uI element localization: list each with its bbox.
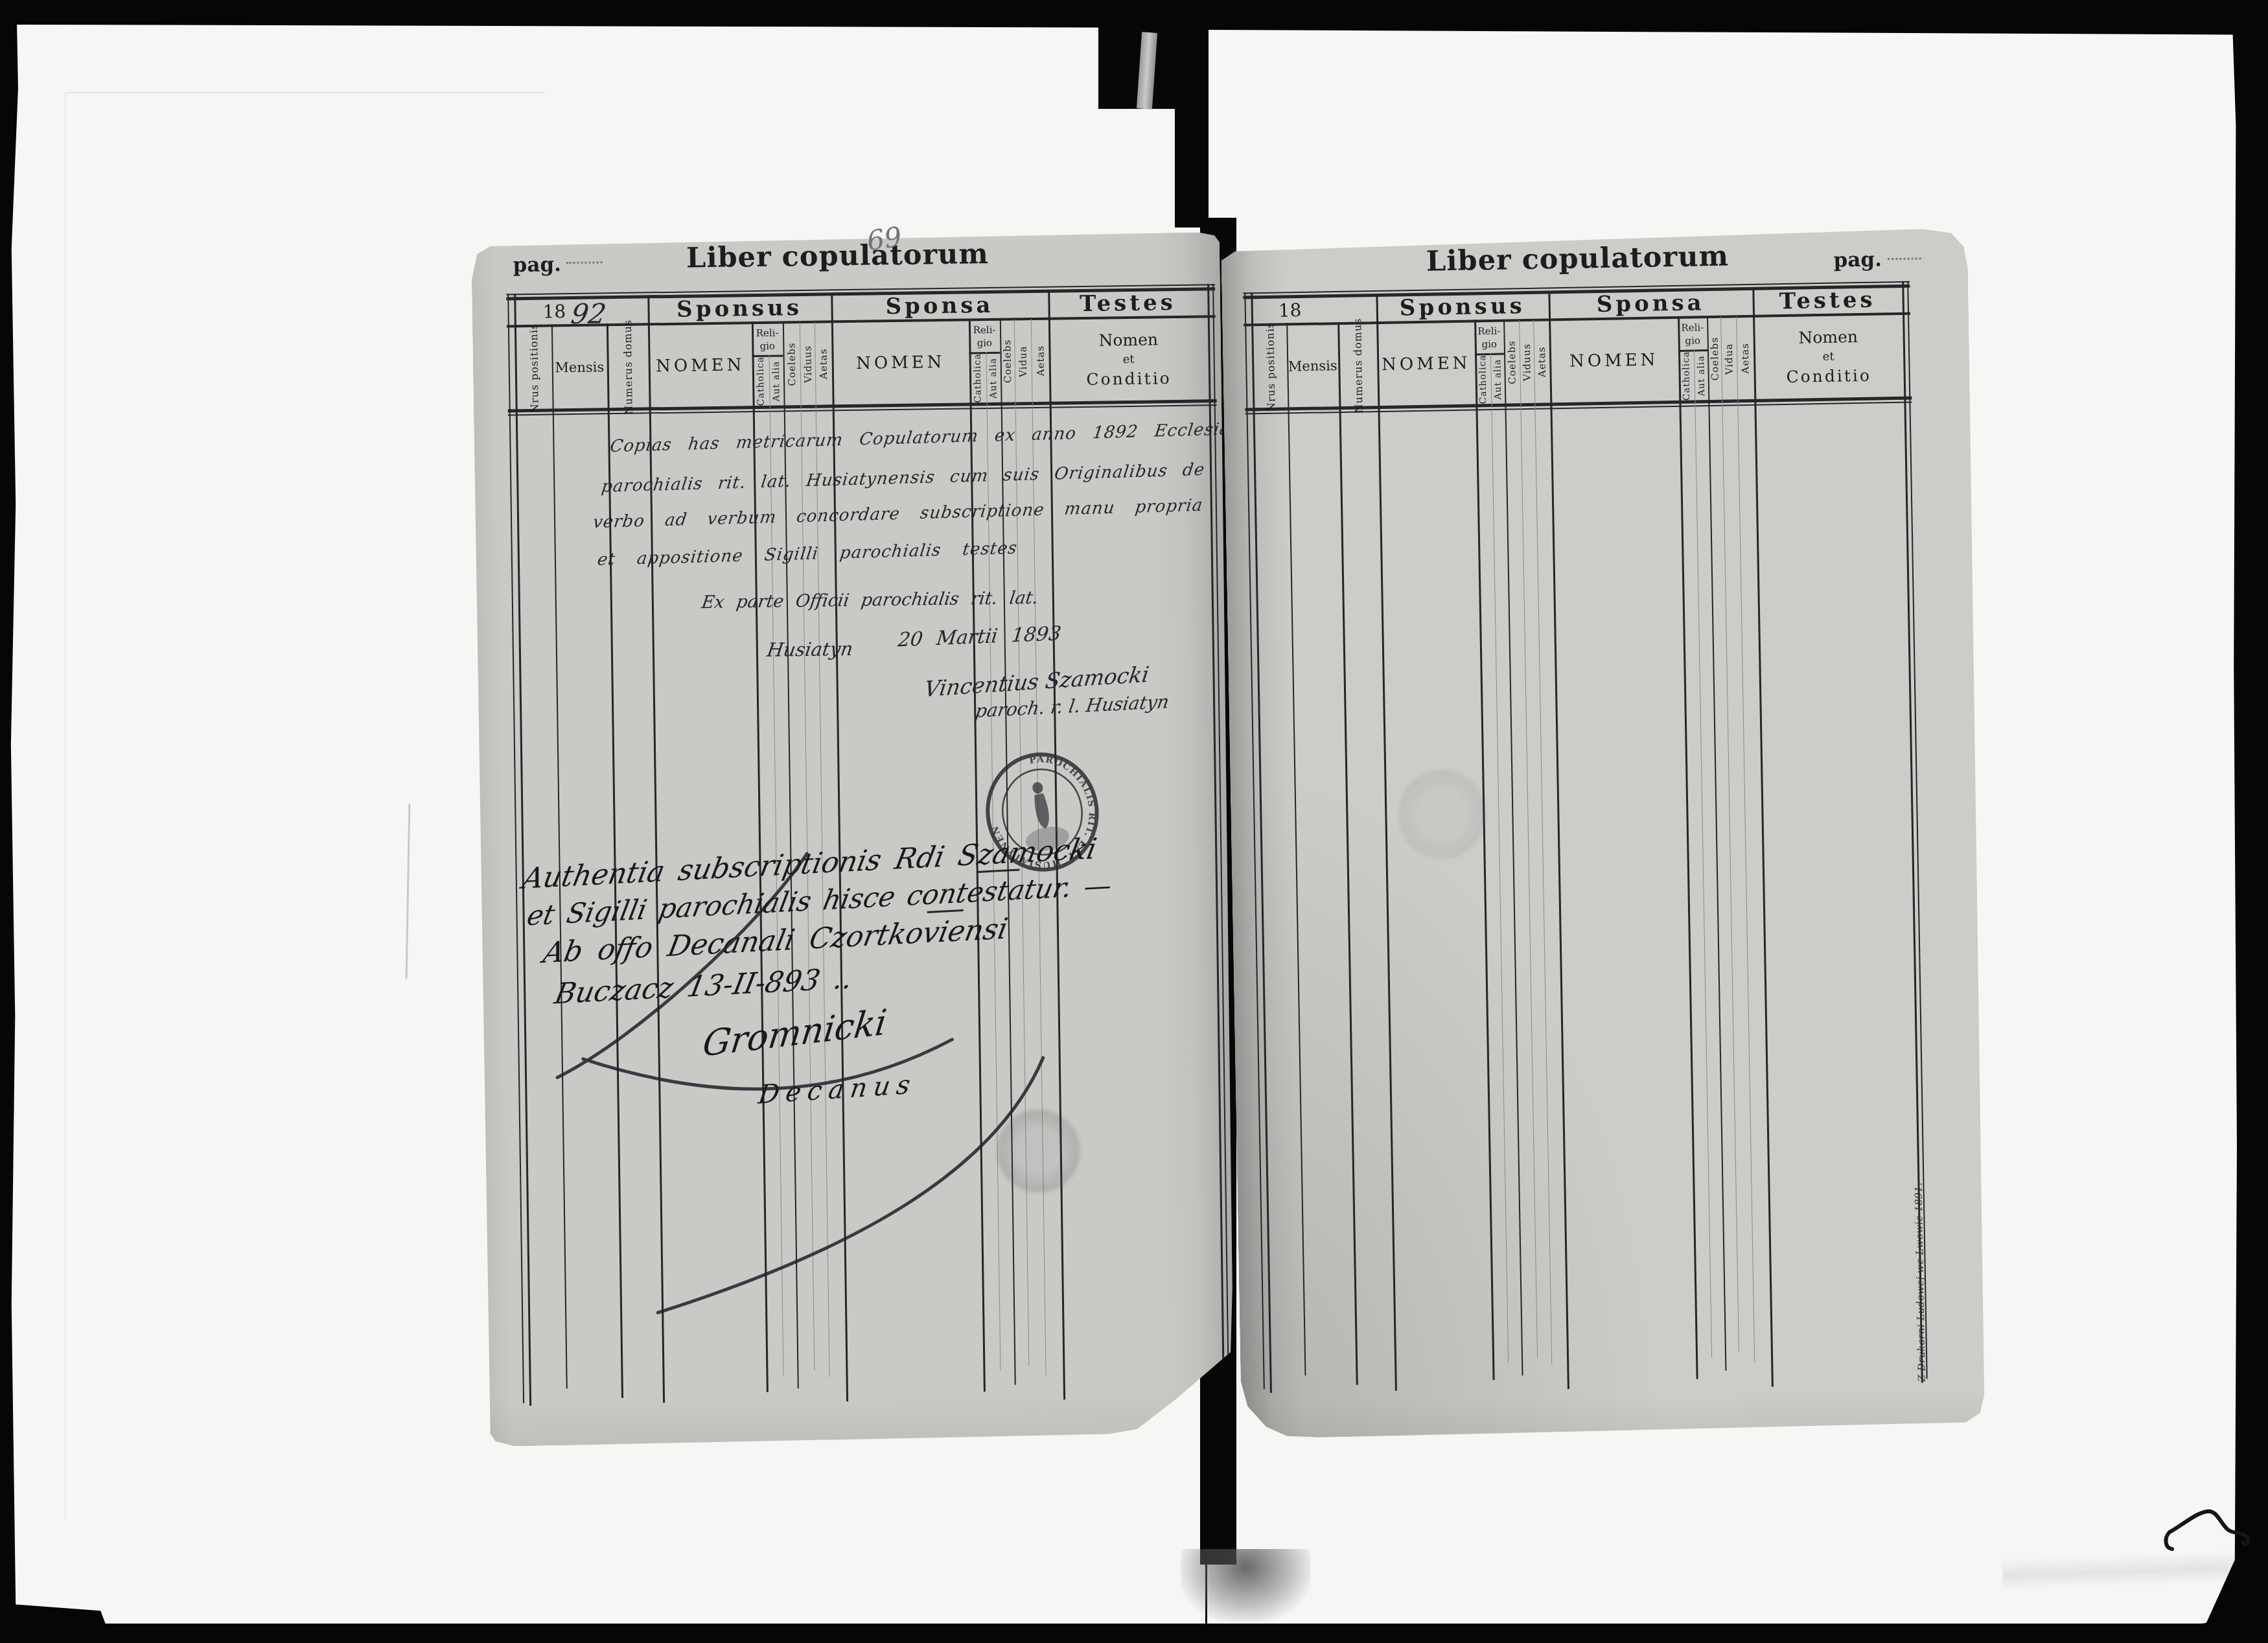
col-aut-alia-sponsa: Aut alia xyxy=(986,353,1001,402)
col-label: Coelebs xyxy=(1001,340,1013,384)
header-testes: Testes xyxy=(1048,289,1208,317)
signature-flourish xyxy=(544,843,1083,1369)
column-line xyxy=(1519,320,1538,1357)
col-coelebs-sponsus: Coelebs xyxy=(783,323,801,405)
col-label: Nrus positionis xyxy=(1264,322,1277,412)
col-religio-sponsa: Reli- gio xyxy=(969,322,1001,351)
col-religio-sponsa: Reli- gio xyxy=(1678,320,1707,349)
col-catholica-sponsa: Catholica xyxy=(969,353,987,402)
col-nrus-positionis: Nrus positionis xyxy=(1253,325,1288,408)
col-label: Coelebs xyxy=(1506,341,1518,385)
register-table: 18 Sponsus Sponsa Testes Nrus positionis… xyxy=(1251,281,1921,1402)
col-label: Coelebs xyxy=(1708,337,1720,381)
col-label: Aut alia xyxy=(988,357,999,398)
col-label: Nrus positionis xyxy=(527,323,541,414)
col-testes-nomen-conditio: Nomen et Conditio xyxy=(1048,318,1209,401)
scanned-register-spread: pag. Liber copulatorum xyxy=(0,0,2268,1643)
column-line xyxy=(1548,292,1569,1389)
year-handwritten: 92 xyxy=(569,297,608,330)
col-religio-sponsus: Reli- gio xyxy=(1474,323,1504,353)
col-label: Reli- xyxy=(1477,325,1500,338)
col-label: Reli- xyxy=(973,323,995,336)
col-label: Aetas xyxy=(817,349,829,380)
col-label: Catholica xyxy=(973,353,984,402)
header-sponsus: Sponsus xyxy=(647,294,831,323)
header-testes: Testes xyxy=(1752,286,1903,315)
col-label: Nomen xyxy=(1798,327,1858,348)
header-sponsus: Sponsus xyxy=(1376,292,1549,321)
col-viduus-sponsus: Viduus xyxy=(800,323,816,405)
col-label: Nomen xyxy=(1098,330,1158,350)
col-label: Catholica xyxy=(1477,355,1488,404)
col-label: gio xyxy=(1685,334,1700,347)
col-label: Catholica xyxy=(1681,351,1692,401)
col-label: Coelebs xyxy=(785,342,798,386)
col-nomen-sponsa: NOMEN xyxy=(1549,319,1679,402)
col-catholica-sponsus: Catholica xyxy=(752,356,770,406)
col-aetas-sponsa: Aetas xyxy=(1031,320,1050,402)
col-religio-sponsus: Reli- gio xyxy=(752,325,783,354)
column-line xyxy=(1286,323,1306,1375)
col-label: gio xyxy=(977,336,992,349)
col-numerus-domus: Numerus domus xyxy=(1337,324,1378,406)
col-numerus-domus: Numerus domus xyxy=(607,325,649,408)
column-line xyxy=(1337,322,1358,1385)
col-label: Aetas xyxy=(1536,347,1548,378)
col-label: Aetas xyxy=(1739,343,1752,374)
col-catholica-sponsus: Catholica xyxy=(1475,355,1491,404)
col-label: Aetas xyxy=(1034,345,1047,377)
place-word: Husiatyn xyxy=(765,638,854,661)
pencil-page-number: 69 xyxy=(865,221,904,257)
column-line xyxy=(1503,321,1523,1376)
col-catholica-sponsa: Catholica xyxy=(1678,351,1695,400)
col-viduus-sponsus: Viduus xyxy=(1519,321,1534,403)
col-vidua-sponsa: Vidua xyxy=(1720,318,1737,399)
col-label: Conditio xyxy=(1786,366,1871,387)
year-printed: 18 xyxy=(542,301,566,322)
column-line xyxy=(1490,353,1509,1363)
column-line xyxy=(1736,316,1755,1362)
col-label: Aut alia xyxy=(771,360,782,401)
register-page-left: pag. Liber copulatorum xyxy=(471,232,1236,1447)
col-nomen-sponsus: NOMEN xyxy=(1376,322,1475,406)
col-coelebs-sponsa: Coelebs xyxy=(1707,318,1722,400)
col-label: gio xyxy=(760,340,776,353)
binding-notch-column xyxy=(1175,23,1209,227)
col-mensis: Mensis xyxy=(551,326,608,408)
col-label: et xyxy=(1822,347,1834,367)
column-line xyxy=(514,294,531,1406)
col-label: Aut alia xyxy=(1696,355,1707,396)
col-aut-alia-sponsus: Aut alia xyxy=(769,356,784,405)
col-mensis: Mensis xyxy=(1286,325,1339,407)
col-label: Vidua xyxy=(1723,343,1735,375)
col-nrus-positionis: Nrus positionis xyxy=(516,327,553,409)
pag-label: pag. xyxy=(1833,248,1882,272)
column-line xyxy=(1752,289,1774,1387)
col-nomen-sponsus: NOMEN xyxy=(648,324,753,407)
register-page-right: Liber copulatorum pag. xyxy=(1221,228,1988,1441)
col-aut-alia-sponsus: Aut alia xyxy=(1490,355,1505,404)
header-sponsa: Sponsa xyxy=(831,292,1048,321)
column-line xyxy=(1533,320,1552,1365)
col-label: et xyxy=(1123,350,1135,369)
col-testes-nomen-conditio: Nomen et Conditio xyxy=(1753,315,1904,399)
col-label: Reli- xyxy=(1681,321,1704,334)
binding-bottom-shadow xyxy=(1181,1549,1310,1622)
col-aut-alia-sponsa: Aut alia xyxy=(1694,351,1708,400)
col-coelebs-sponsa: Coelebs xyxy=(1000,320,1015,402)
col-label: gio xyxy=(1481,338,1497,351)
col-aetas-sponsus: Aetas xyxy=(1533,321,1550,402)
pag-dotted-line xyxy=(1888,257,1921,260)
col-vidua-sponsa: Vidua xyxy=(1014,320,1032,402)
col-label: Catholica xyxy=(756,356,767,406)
header-sponsa: Sponsa xyxy=(1548,289,1753,318)
col-label: Conditio xyxy=(1086,369,1172,390)
col-label: Vidua xyxy=(1017,345,1029,377)
col-label: Aut alia xyxy=(1492,358,1503,399)
col-coelebs-sponsus: Coelebs xyxy=(1503,321,1520,403)
col-label: Numerus domus xyxy=(621,319,634,414)
col-label: Numerus domus xyxy=(1351,318,1365,413)
col-label: Viduus xyxy=(1521,344,1533,381)
year-printed: 18 xyxy=(1279,299,1302,321)
column-line xyxy=(1678,318,1698,1379)
col-aetas-sponsus: Aetas xyxy=(815,323,833,404)
column-line xyxy=(1694,349,1712,1357)
thread-on-scan xyxy=(2163,1501,2251,1566)
col-label: Viduus xyxy=(802,345,814,383)
col-aetas-sponsa: Aetas xyxy=(1736,318,1754,399)
col-nomen-sponsa: NOMEN xyxy=(831,321,970,404)
col-label: Reli- xyxy=(756,327,779,340)
